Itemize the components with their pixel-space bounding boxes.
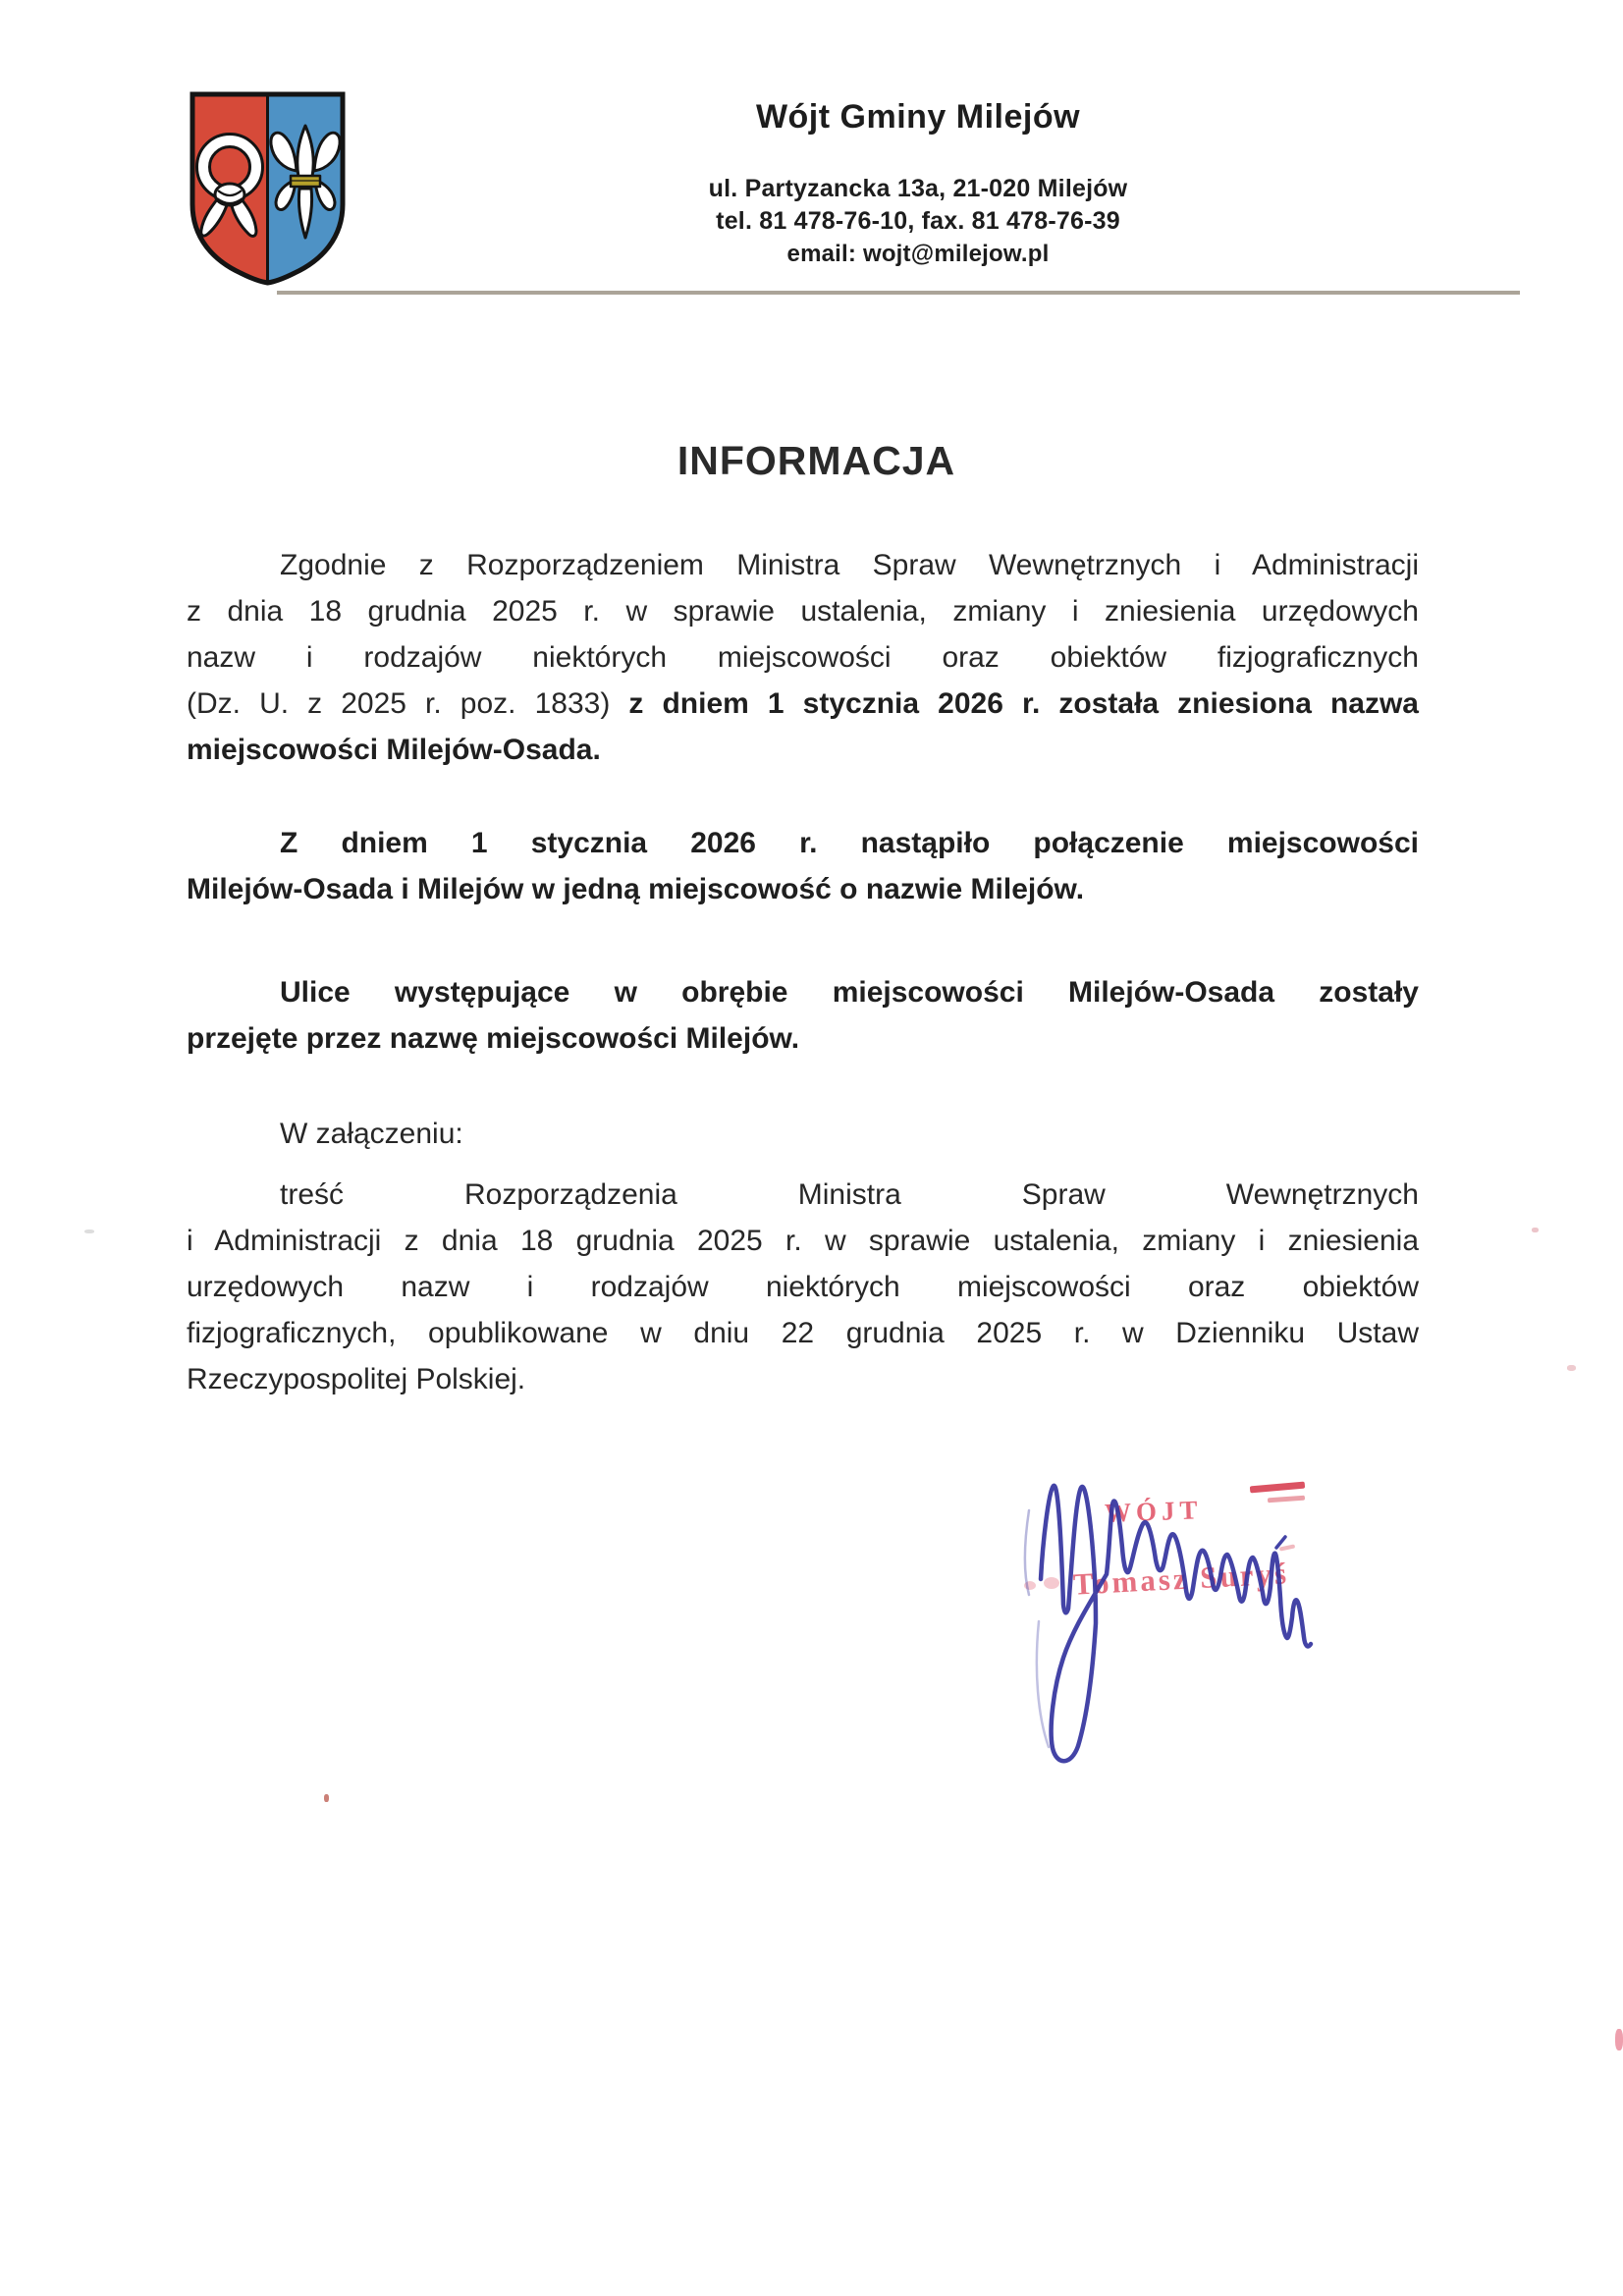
paragraph-4-attachments-heading: W załączeniu: xyxy=(187,1111,1419,1157)
text-line: treść Rozporządzenia Ministra Spraw Wewn… xyxy=(187,1172,1419,1218)
text-line: nazw i rodzajów niektórych miejscowości … xyxy=(187,634,1419,681)
text-line: Rzeczypospolitej Polskiej. xyxy=(187,1356,1419,1402)
paragraph-1: Zgodnie z Rozporządzeniem Ministra Spraw… xyxy=(187,542,1419,773)
text-line: i Administracji z dnia 18 grudnia 2025 r… xyxy=(187,1218,1419,1264)
scan-artifact xyxy=(84,1230,94,1233)
signature-area: WÓJT Tomasz Suryś xyxy=(997,1459,1370,1813)
scan-artifact xyxy=(324,1794,329,1802)
paragraph-5: treść Rozporządzenia Ministra Spraw Wewn… xyxy=(187,1172,1419,1402)
scan-artifact xyxy=(1532,1228,1539,1232)
text-line: (Dz. U. z 2025 r. poz. 1833) z dniem 1 s… xyxy=(187,681,1419,727)
document-body: Zgodnie z Rozporządzeniem Ministra Spraw… xyxy=(187,542,1419,1402)
scanned-document-page: Wójt Gminy Milejów ul. Partyzancka 13a, … xyxy=(0,0,1623,2296)
paragraph-3: Ulice występujące w obrębie miejscowości… xyxy=(187,969,1419,1062)
coat-of-arms-milejow xyxy=(185,88,351,288)
sender-address: ul. Partyzancka 13a, 21-020 Milejów xyxy=(525,173,1311,205)
text-line: Zgodnie z Rozporządzeniem Ministra Spraw… xyxy=(187,542,1419,588)
text-line: fizjograficznych, opublikowane w dniu 22… xyxy=(187,1310,1419,1356)
document-title: INFORMACJA xyxy=(187,438,1419,484)
text-line: Milejów-Osada i Milejów w jedną miejscow… xyxy=(187,866,1419,912)
text-line: miejscowości Milejów-Osada. xyxy=(187,727,1419,773)
text-line: W załączeniu: xyxy=(187,1111,1419,1157)
letterhead-text: Wójt Gminy Milejów ul. Partyzancka 13a, … xyxy=(525,96,1311,270)
scan-artifact xyxy=(1615,2029,1623,2050)
handwritten-signature xyxy=(997,1459,1370,1813)
paragraph-2: Z dniem 1 stycznia 2026 r. nastąpiło poł… xyxy=(187,820,1419,912)
sender-phone-fax: tel. 81 478-76-10, fax. 81 478-76-39 xyxy=(525,205,1311,238)
text-line: Ulice występujące w obrębie miejscowości… xyxy=(187,969,1419,1015)
text-line: przejęte przez nazwę miejscowości Milejó… xyxy=(187,1015,1419,1062)
scan-artifact xyxy=(1567,1365,1576,1371)
text-line: urzędowych nazw i rodzajów niektórych mi… xyxy=(187,1264,1419,1310)
text-line: Z dniem 1 stycznia 2026 r. nastąpiło poł… xyxy=(187,820,1419,866)
sender-title: Wójt Gminy Milejów xyxy=(525,96,1311,137)
text-line: z dnia 18 grudnia 2025 r. w sprawie usta… xyxy=(187,588,1419,634)
header-divider xyxy=(277,291,1520,295)
sender-email: email: wojt@milejow.pl xyxy=(525,238,1311,270)
